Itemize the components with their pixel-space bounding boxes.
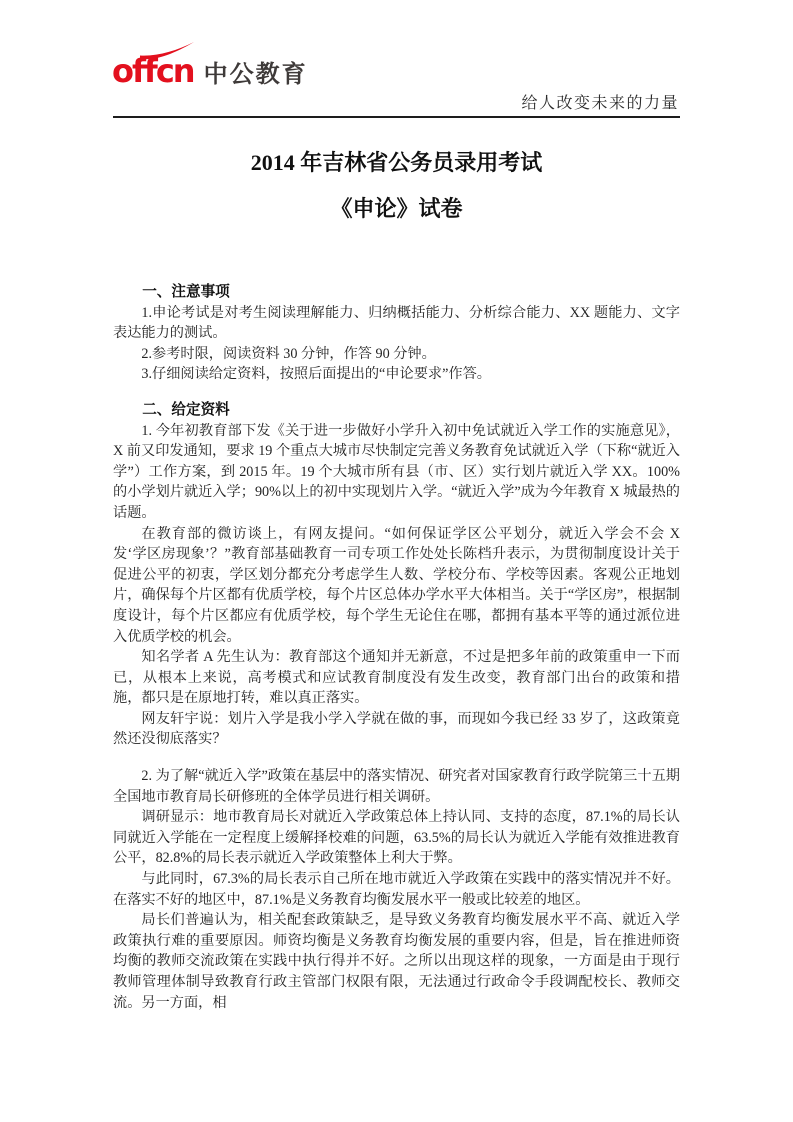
material-paragraph: 网友轩宇说：划片入学是我小学入学就在做的事，而现如今我已经 33 岁了，这政策竟… xyxy=(113,709,680,750)
exam-title: 2014 年吉林省公务员录用考试 xyxy=(113,148,680,178)
material-paragraph: 在教育部的微访谈上，有网友提问。“如何保证学区公平划分，就近入学会不会 X 发‘… xyxy=(113,524,680,648)
notice-item: 3.仔细阅读给定资料，按照后面提出的“申论要求”作答。 xyxy=(113,364,680,385)
material-paragraph: 与此同时，67.3%的局长表示自己所在地市就近入学政策在实践中的落实情况并不好。… xyxy=(113,869,680,910)
swoosh-icon xyxy=(139,41,195,61)
material-paragraph: 调研显示：地市教育局长对就近入学政策总体上持认同、支持的态度，87.1%的局长认… xyxy=(113,807,680,869)
material-paragraph: 知名学者 A 先生认为：教育部这个通知并无新意，不过是把多年前的政策重申一下而已… xyxy=(113,647,680,709)
slogan-text: 给人改变未来的力量 xyxy=(521,90,679,113)
material-paragraph: 1. 今年初教育部下发《关于进一步做好小学升入初中免试就近入学工作的实施意见》，… xyxy=(113,421,680,524)
header-divider xyxy=(113,116,680,118)
logo-brand-name: 中公教育 xyxy=(204,54,308,89)
document-page: offcn 中公教育 给人改变未来的力量 2014 年吉林省公务员录用考试 《申… xyxy=(0,0,793,1122)
notice-item: 1.申论考试是对考生阅读理解能力、归纳概括能力、分析综合能力、XX 题能力、文字… xyxy=(113,303,680,344)
offcn-logo: offcn 中公教育 xyxy=(112,54,308,89)
section-heading-notice: 一、注意事项 xyxy=(113,282,680,303)
section-heading-materials: 二、给定资料 xyxy=(113,400,680,421)
material-paragraph: 局长们普遍认为，相关配套政策缺乏，是导致义务教育均衡发展水平不高、就近入学政策执… xyxy=(113,910,680,1013)
exam-subtitle: 《申论》试卷 xyxy=(113,194,680,224)
material-paragraph: 2. 为了解“就近入学”政策在基层中的落实情况、研究者对国家教育行政学院第三十五… xyxy=(113,766,680,807)
logo-wordmark: offcn xyxy=(112,54,194,89)
notice-item: 2.参考时限，阅读资料 30 分钟，作答 90 分钟。 xyxy=(113,344,680,365)
document-body: 2014 年吉林省公务员录用考试 《申论》试卷 一、注意事项 1.申论考试是对考… xyxy=(113,148,680,1013)
